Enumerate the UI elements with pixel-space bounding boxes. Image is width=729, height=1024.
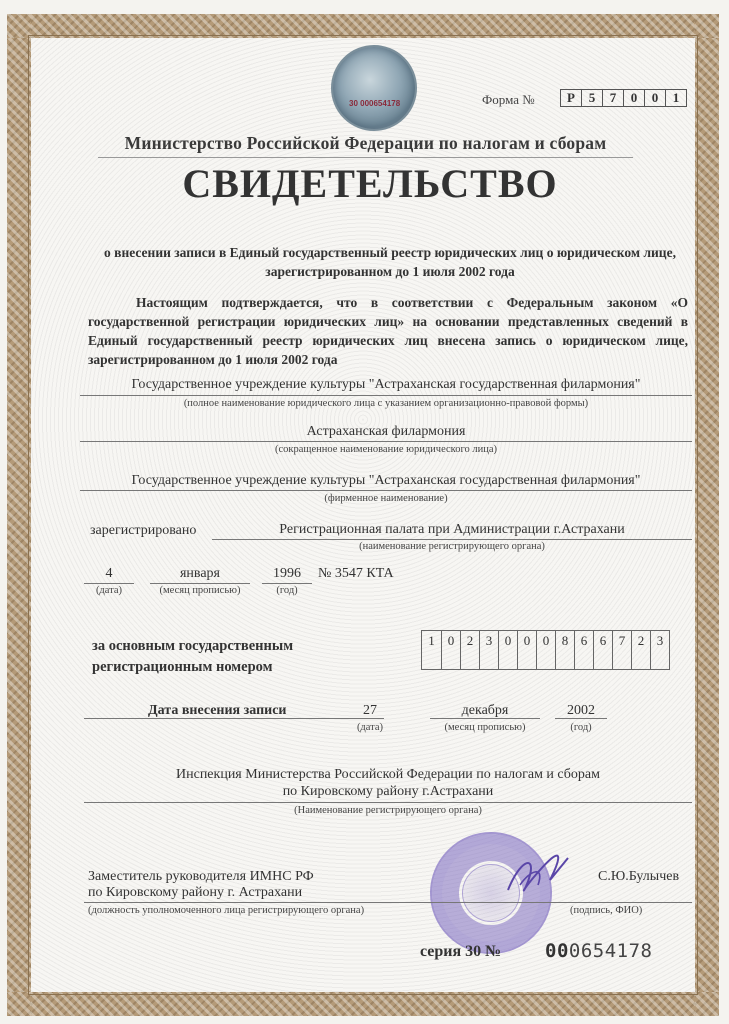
ogrn-number: 1023000866723 — [421, 630, 670, 670]
form-code-cell: 0 — [644, 90, 665, 106]
form-code-cell: 0 — [623, 90, 644, 106]
form-code-cell: Р — [561, 90, 581, 106]
divider — [84, 802, 692, 803]
registered-year: 1996 — [262, 566, 312, 582]
preamble-text: Настоящим подтверждается, что в соответс… — [88, 293, 688, 369]
firm-name-value: Государственное учреждение культуры "Аст… — [80, 473, 692, 489]
form-code-cell: 1 — [665, 90, 686, 106]
short-name-value: Астраханская филармония — [80, 424, 692, 440]
entry-date-label: Дата внесения записи — [148, 703, 287, 719]
document-subtitle: о внесении записи в Единый государственн… — [90, 243, 690, 281]
registered-day: 4 — [84, 566, 134, 582]
firm-name-caption: (фирменное наименование) — [80, 493, 692, 504]
ogrn-digit-cell: 0 — [498, 631, 517, 669]
registered-month: января — [150, 566, 250, 582]
full-name-caption: (полное наименование юридического лица с… — [80, 398, 692, 409]
ogrn-digit-cell: 6 — [574, 631, 593, 669]
entry-day-caption: (дата) — [352, 722, 388, 733]
inspection-line1: Инспекция Министерства Российской Федера… — [84, 767, 692, 783]
registered-day-caption: (дата) — [84, 585, 134, 596]
entry-month-caption: (месяц прописью) — [430, 722, 540, 733]
divider — [80, 441, 692, 442]
ogrn-digit-cell: 0 — [536, 631, 555, 669]
entry-month: декабря — [430, 703, 540, 719]
ogrn-digit-cell: 1 — [422, 631, 441, 669]
form-code-cell: 5 — [581, 90, 602, 106]
serial-overprint: 00 — [545, 940, 569, 962]
ogrn-label: за основным государственным регистрацион… — [92, 636, 293, 678]
registered-label: зарегистрировано — [90, 523, 196, 539]
registered-number: № 3547 КТА — [318, 566, 394, 582]
divider — [555, 718, 607, 719]
ogrn-digit-cell: 2 — [631, 631, 650, 669]
entry-year-caption: (год) — [555, 722, 607, 733]
divider — [98, 157, 633, 158]
serial-label: серия 30 № — [420, 943, 501, 961]
inspection-line2: по Кировскому району г.Астрахани — [84, 784, 692, 800]
signatory-name: С.Ю.Булычев — [598, 869, 679, 885]
document-title: СВИДЕТЕЛЬСТВО — [170, 160, 570, 207]
entry-year: 2002 — [555, 703, 607, 719]
ogrn-digit-cell: 3 — [650, 631, 669, 669]
divider — [80, 395, 692, 396]
divider — [84, 902, 692, 903]
divider — [262, 583, 312, 584]
ogrn-digit-cell: 0 — [517, 631, 536, 669]
ministry-heading: Министерство Российской Федерации по нал… — [98, 133, 633, 154]
divider — [80, 490, 692, 491]
signatory-position-line2: по Кировскому району г. Астрахани — [88, 885, 302, 901]
signatory-position-caption: (должность уполномоченного лица регистри… — [88, 905, 364, 916]
hologram-number: 30 000654178 — [349, 99, 400, 108]
form-code-cell: 7 — [602, 90, 623, 106]
divider — [84, 583, 134, 584]
divider — [212, 539, 692, 540]
registered-authority: Регистрационная палата при Администрации… — [212, 522, 692, 538]
entry-day: 27 — [355, 703, 385, 719]
form-code: Р57001 — [560, 89, 687, 107]
divider — [150, 583, 250, 584]
ogrn-digit-cell: 3 — [479, 631, 498, 669]
registered-year-caption: (год) — [262, 585, 312, 596]
divider — [430, 718, 540, 719]
serial-number: 000654178 — [545, 940, 652, 962]
ogrn-digit-cell: 7 — [612, 631, 631, 669]
short-name-caption: (сокращенное наименование юридического л… — [80, 444, 692, 455]
hologram-seal: 30 000654178 — [331, 45, 417, 131]
inspection-caption: (Наименование регистрирующего органа) — [84, 805, 692, 816]
ogrn-digit-cell: 6 — [593, 631, 612, 669]
signatory-position-line1: Заместитель руководителя ИМНС РФ — [88, 869, 314, 885]
ogrn-digit-cell: 8 — [555, 631, 574, 669]
ogrn-label-line1: за основным государственным — [92, 636, 293, 657]
registered-authority-caption: (наименование регистрирующего органа) — [212, 541, 692, 552]
full-name-value: Государственное учреждение культуры "Аст… — [80, 377, 692, 393]
ogrn-digit-cell: 0 — [441, 631, 460, 669]
serial-digits: 0654178 — [569, 940, 653, 962]
form-label: Форма № — [482, 92, 535, 108]
signatory-name-caption: (подпись, ФИО) — [570, 905, 642, 916]
signature — [500, 850, 570, 900]
ogrn-label-line2: регистрационным номером — [92, 657, 293, 678]
registered-month-caption: (месяц прописью) — [150, 585, 250, 596]
ogrn-digit-cell: 2 — [460, 631, 479, 669]
